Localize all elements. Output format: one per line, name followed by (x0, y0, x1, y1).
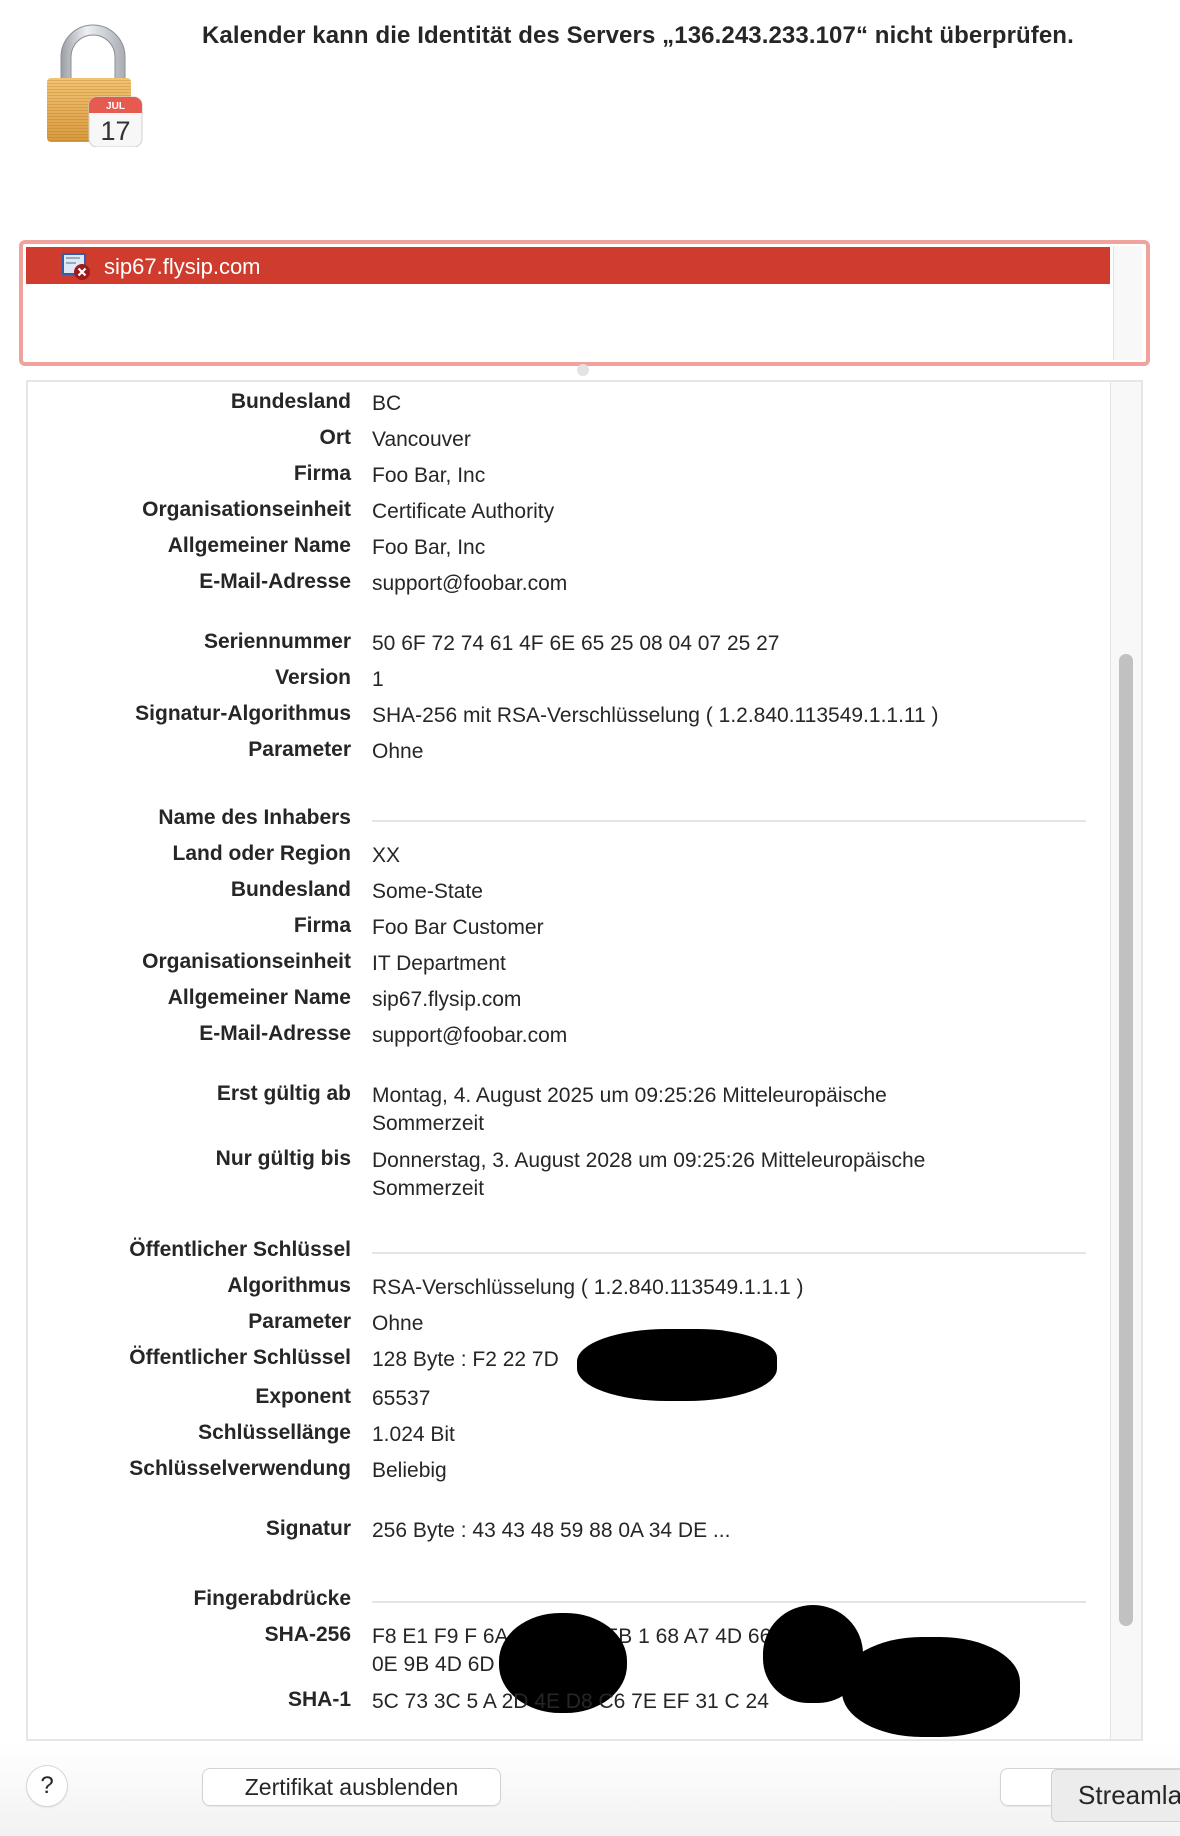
field-value: Beliebig (372, 1457, 1072, 1485)
redaction-mask (842, 1637, 1020, 1737)
field-value: Vancouver (372, 426, 1072, 454)
field-label: Erst gültig ab (26, 1082, 351, 1106)
field-label: Algorithmus (26, 1274, 351, 1298)
certificate-name: sip67.flysip.com (104, 254, 261, 280)
hide-certificate-button[interactable]: Zertifikat ausblenden (203, 1769, 500, 1805)
field-value: Certificate Authority (372, 498, 1072, 526)
dialog-title: Kalender kann die Identität des Servers … (202, 22, 1074, 50)
field-label: E-Mail-Adresse (26, 1022, 351, 1046)
section-divider (372, 1601, 1086, 1603)
field-value: XX (372, 842, 1072, 870)
field-value: Montag, 4. August 2025 um 09:25:26 Mitte… (372, 1082, 1072, 1138)
field-value: 5C 73 3C 5 A 2D 4E D8 C6 7E EF 31 C 24 (372, 1688, 1072, 1716)
field-label: Land oder Region (26, 842, 351, 866)
field-value: Donnerstag, 3. August 2028 um 09:25:26 M… (372, 1147, 1072, 1203)
field-value: SHA-256 mit RSA-Verschlüsselung ( 1.2.84… (372, 702, 1072, 730)
section-header: Name des Inhabers (26, 806, 351, 830)
certificate-list-scrollbar[interactable] (1113, 246, 1142, 360)
field-value: IT Department (372, 950, 1072, 978)
certificate-trust-dialog: JUL 17 Kalender kann die Identität des S… (0, 0, 1180, 1836)
details-scrollbar[interactable] (1110, 382, 1143, 1739)
field-label: Organisationseinheit (26, 950, 351, 974)
field-label: Firma (26, 914, 351, 938)
field-label: Öffentlicher Schlüssel (26, 1346, 351, 1370)
field-label: SHA-1 (26, 1688, 351, 1712)
field-label: Seriennummer (26, 630, 351, 654)
field-value: Foo Bar, Inc (372, 462, 1072, 490)
field-label: E-Mail-Adresse (26, 570, 351, 594)
field-value: 65537 (372, 1385, 1072, 1413)
certificate-invalid-icon (62, 253, 92, 281)
section-divider (372, 1252, 1086, 1254)
section-divider (372, 820, 1086, 822)
field-label: Parameter (26, 1310, 351, 1334)
field-value: sip67.flysip.com (372, 986, 1072, 1014)
field-value: Foo Bar Customer (372, 914, 1072, 942)
split-view-handle[interactable] (577, 364, 589, 376)
field-label: Exponent (26, 1385, 351, 1409)
field-label: Allgemeiner Name (26, 986, 351, 1010)
section-header: Fingerabdrücke (26, 1587, 351, 1611)
details-scrollbar-thumb[interactable] (1119, 654, 1133, 1626)
field-value: Some-State (372, 878, 1072, 906)
field-value: 256 Byte : 43 43 48 59 88 0A 34 DE ... (372, 1517, 1072, 1545)
field-label: Firma (26, 462, 351, 486)
field-value: 1.024 Bit (372, 1421, 1072, 1449)
field-value: support@foobar.com (372, 570, 1072, 598)
certificate-list-item[interactable]: sip67.flysip.com (26, 247, 1110, 284)
field-value: Ohne (372, 738, 1072, 766)
svg-text:17: 17 (100, 116, 130, 146)
field-value: 50 6F 72 74 61 4F 6E 65 25 08 04 07 25 2… (372, 630, 1072, 658)
field-value: 1 (372, 666, 1072, 694)
svg-text:JUL: JUL (106, 101, 125, 112)
certificate-details-panel[interactable]: BundeslandBCOrtVancouverFirmaFoo Bar, In… (26, 380, 1143, 1741)
field-label: Allgemeiner Name (26, 534, 351, 558)
field-label: Ort (26, 426, 351, 450)
field-value: Foo Bar, Inc (372, 534, 1072, 562)
field-label: Signatur-Algorithmus (26, 702, 351, 726)
field-label: Parameter (26, 738, 351, 762)
tooltip: Streamla (1051, 1769, 1180, 1822)
field-value: RSA-Verschlüsselung ( 1.2.840.113549.1.1… (372, 1274, 1072, 1302)
field-label: Schlüsselverwendung (26, 1457, 351, 1481)
lock-calendar-icon: JUL 17 (41, 23, 145, 147)
field-label: Version (26, 666, 351, 690)
field-value: BC (372, 390, 1072, 418)
field-label: Nur gültig bis (26, 1147, 351, 1171)
section-header: Öffentlicher Schlüssel (26, 1238, 351, 1262)
certificate-list[interactable]: sip67.flysip.com (19, 240, 1150, 366)
help-button[interactable]: ? (27, 1766, 67, 1806)
field-label: SHA-256 (26, 1623, 351, 1647)
field-value: support@foobar.com (372, 1022, 1072, 1050)
field-label: Schlüssellänge (26, 1421, 351, 1445)
field-label: Signatur (26, 1517, 351, 1541)
field-label: Organisationseinheit (26, 498, 351, 522)
field-label: Bundesland (26, 878, 351, 902)
field-label: Bundesland (26, 390, 351, 414)
